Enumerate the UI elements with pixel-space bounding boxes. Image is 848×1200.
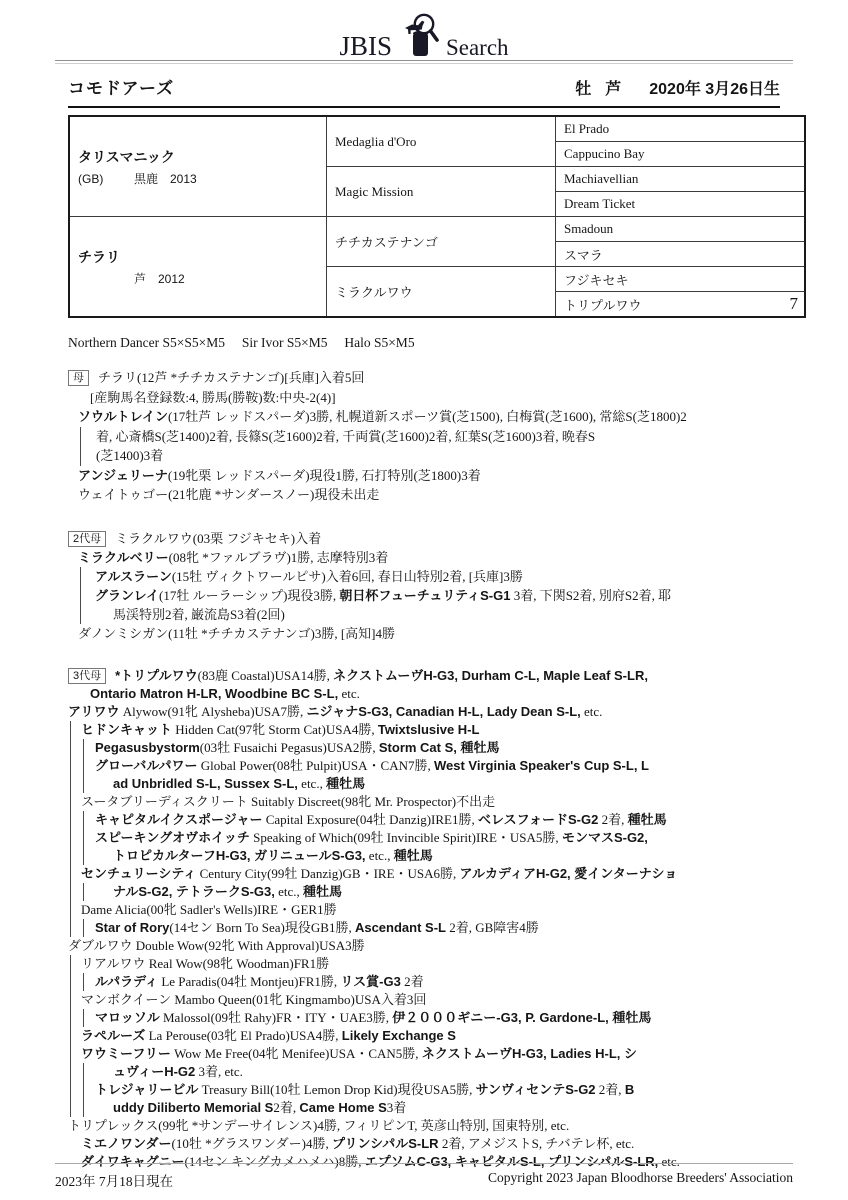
section-mother: 母チラリ(12芦 *チチカステナンゴ)[兵庫]入着5回[産駒馬名登録数:4, 勝…: [68, 368, 780, 505]
tree-connector-bar: [70, 1027, 71, 1045]
text-run: etc.,: [298, 776, 326, 791]
text-run: 馬渓特別2着, 巌流島S3着(2回): [113, 607, 285, 622]
tree-connector-bar: [70, 955, 71, 973]
tree-connector-bar: [83, 1099, 84, 1117]
text-run: Dame Alicia(00牝 Sadler's Wells)IRE・GER1勝: [81, 902, 337, 917]
bold-text-run: サンヴィセンテS-G2: [476, 1082, 596, 1097]
tree-connector-bar: [80, 427, 81, 447]
bold-text-run: Ontario Matron H-LR, Woodbine BC S-L,: [90, 686, 338, 701]
bold-text-run: スピーキングオヴホイッチ: [95, 830, 250, 845]
horse-name: コモドアーズ: [68, 74, 174, 99]
tree-connector-bar: [83, 829, 84, 847]
copyright-text: Copyright 2023 Japan Bloodhorse Breeders…: [488, 1170, 793, 1190]
text-run: (15牡 ヴィクトワールピサ)入着6回, 春日山特別2着, [兵庫]3勝: [172, 569, 523, 584]
granddam-sire-side-cell: Magic Mission: [327, 167, 556, 217]
logo-search-text: Search: [446, 35, 509, 60]
pedigree-line: ミラクルベリー(08牝 *ファルブラヴ)1勝, 志摩特別3着: [68, 548, 780, 567]
tree-connector-bar: [70, 865, 71, 883]
bold-text-run: 朝日杯フューチュリティS-G1: [339, 588, 510, 603]
tree-connector-bar: [83, 1063, 84, 1081]
pedigree-line: ダイワキャグニー(14セン キングカメハメハ)8勝, エプソムC-G3, キャピ…: [68, 1153, 780, 1171]
third-dam-name: トリプルワウ: [564, 295, 641, 314]
pedigree-line: ナルS-G2, テトラークS-G3, etc., 種牡馬: [68, 883, 780, 901]
tree-connector-bar: [83, 1009, 84, 1027]
bold-text-run: ダイワキャグニー: [81, 1154, 184, 1169]
bold-text-run: ニジャナS-G3, Canadian H-L, Lady Dean S-L,: [307, 704, 581, 719]
pedigree-line: グローバルパワー Global Power(08牡 Pulpit)USA・CAN…: [68, 757, 780, 775]
tree-connector-bar: [70, 973, 71, 991]
text-run: 2着, アメジストS, チバテレ杯, etc.: [439, 1136, 635, 1151]
tree-connector-bar: [83, 739, 84, 757]
report-date: 2023年 7月18日現在: [55, 1170, 173, 1190]
text-run: etc.: [581, 704, 603, 719]
text-run: etc.: [338, 686, 360, 701]
tree-connector-bar: [83, 811, 84, 829]
bold-text-run: ソウルトレイン: [78, 409, 168, 424]
bold-text-run: ネクストムーヴH-G3, Ladies H-L, シ: [422, 1046, 637, 1061]
pedigree-line: センチュリーシティ Century City(99牡 Danzig)GB・IRE…: [68, 865, 780, 883]
pedigree-sections: 母チラリ(12芦 *チチカステナンゴ)[兵庫]入着5回[産駒馬名登録数:4, 勝…: [68, 368, 780, 1171]
generation-label: 2代母: [68, 531, 106, 547]
generation-label: 3代母: [68, 668, 106, 684]
text-run: (83鹿 Coastal)USA14勝,: [198, 668, 333, 683]
bold-text-run: ルパラディ: [95, 974, 158, 989]
sire-origin: (GB): [78, 172, 134, 186]
text-run: 2着,: [596, 1082, 625, 1097]
text-run: トリプレックス(99牝 *サンデーサイレンス)4勝, フィリピンT, 英彦山特別…: [68, 1118, 569, 1133]
bold-text-run: アルカディアH-G2, 愛インターナショ: [460, 866, 678, 881]
text-run: Treasury Bill(10牡 Lemon Drop Kid)現役USA5勝…: [198, 1082, 475, 1097]
text-run: ウェイトゥゴー(21牝鹿 *サンダースノー)現役未出走: [78, 487, 379, 502]
pedigree-line: Dame Alicia(00牝 Sadler's Wells)IRE・GER1勝: [68, 901, 780, 919]
sire-coat-year: 黒鹿 2013: [134, 172, 197, 186]
text-run: 2着, GB障害4勝: [446, 920, 539, 935]
bold-text-run: 伊２０００ギニー-G3, P. Gardone-L, 種牡馬: [392, 1010, 651, 1025]
pedigree-line: ワウミーフリー Wow Me Free(04牝 Menifee)USA・CAN5…: [68, 1045, 780, 1063]
pedigree-line: Pegasusbystorm(03牡 Fusaichi Pegasus)USA2…: [68, 739, 780, 757]
bold-text-run: Pegasusbystorm: [95, 740, 200, 755]
pedigree-line: Ontario Matron H-LR, Woodbine BC S-L, et…: [68, 685, 780, 703]
text-run: Le Paradis(04牡 Montjeu)FR1勝,: [158, 974, 340, 989]
dam-coat-year: 芦 2012: [134, 272, 185, 286]
bold-text-run: West Virginia Speaker's Cup S-L, L: [434, 758, 649, 773]
bold-text-run: エプソムC-G3, キャピタルS-L, プリンシパルS-LR,: [365, 1154, 659, 1169]
pedigree-line: ダノンミシガン(11牡 *チチカステナンゴ)3勝, [高知]4勝: [68, 624, 780, 643]
text-run: ダブルワウ Double Wow(92牝 With Approval)USA3勝: [68, 938, 365, 953]
ggparent-cell: フジキセキ: [556, 267, 806, 292]
text-run: 2着,: [273, 1100, 299, 1115]
pedigree-line: アリワウ Alywow(91牝 Alysheba)USA7勝, ニジャナS-G3…: [68, 703, 780, 721]
bold-text-run: B: [625, 1082, 634, 1097]
bold-text-run: キャピタルイクスポージャー: [95, 812, 262, 827]
bold-text-run: ad Unbridled S-L, Sussex S-L,: [113, 776, 298, 791]
pedigree-line: [産駒馬名登録数:4, 勝馬(勝鞍)数:中央-2(4)]: [68, 388, 780, 408]
text-run: Malossol(09牡 Rahy)FR・ITY・UAE3勝,: [160, 1010, 393, 1025]
text-run: 3着: [387, 1100, 407, 1115]
tree-connector-bar: [80, 605, 81, 624]
pedigree-line: ソウルトレイン(17牡芦 レッドスパーダ)3勝, 札幌道新スポーツ賞(芝1500…: [68, 407, 780, 427]
text-run: Global Power(08牡 Pulpit)USA・CAN7勝,: [197, 758, 434, 773]
tree-connector-bar: [70, 901, 71, 919]
bold-text-run: アンジェリーナ: [78, 468, 168, 483]
pedigree-line: マンボクイーン Mambo Queen(01牝 Kingmambo)USA入着3…: [68, 991, 780, 1009]
bold-text-run: グローバルパワー: [95, 758, 197, 773]
inbreeding-line: Northern Dancer S5×S5×M5 Sir Ivor S5×M5 …: [68, 331, 780, 351]
logo-jbis-text: JBIS: [339, 33, 392, 60]
bold-text-run: ュヴィーH-G2: [113, 1064, 195, 1079]
text-run: etc.,: [275, 884, 303, 899]
pedigree-line: グランレイ(17牡 ルーラーシップ)現役3勝, 朝日杯フューチュリティS-G1 …: [68, 586, 780, 605]
horse-profile: 牡 芦 2020年 3月26日生: [575, 76, 780, 99]
pedigree-line: uddy Diliberto Memorial S2着, Came Home S…: [68, 1099, 780, 1117]
header-divider: [55, 60, 793, 64]
bold-text-run: Star of Rory: [95, 920, 169, 935]
sire-cell: タリスマニック (GB)黒鹿 2013: [69, 116, 327, 217]
section-granddam: 2代母ミラクルワウ(03栗 フジキセキ)入着ミラクルベリー(08牝 *ファルブラ…: [68, 529, 780, 643]
pedigree-line: 3代母*トリプルワウ(83鹿 Coastal)USA14勝, ネクストムーヴH-…: [68, 667, 780, 685]
pedigree-line: マロッソル Malossol(09牡 Rahy)FR・ITY・UAE3勝, 伊２…: [68, 1009, 780, 1027]
pedigree-line: キャピタルイクスポージャー Capital Exposure(04牡 Danzi…: [68, 811, 780, 829]
sire-name: タリスマニック: [78, 147, 326, 167]
pedigree-line: ルパラディ Le Paradis(04牡 Montjeu)FR1勝, リス賞-G…: [68, 973, 780, 991]
pedigree-line: ウェイトゥゴー(21牝鹿 *サンダースノー)現役未出走: [68, 485, 780, 505]
text-run: (08牝 *ファルブラヴ)1勝, 志摩特別3着: [169, 550, 389, 565]
pedigree-line: スータブリーディスクリート Suitably Discreet(98牝 Mr. …: [68, 793, 780, 811]
pedigree-line: (芝1400)3着: [68, 446, 780, 466]
ggparent-cell: Machiavellian: [556, 167, 806, 192]
pedigree-line: 馬渓特別2着, 巌流島S3着(2回): [68, 605, 780, 624]
pedigree-line: スピーキングオヴホイッチ Speaking of Which(09牡 Invin…: [68, 829, 780, 847]
dam-cell: チラリ 芦 2012: [69, 217, 327, 318]
tree-connector-bar: [70, 1099, 71, 1117]
text-run: ダノンミシガン(11牡 *チチカステナンゴ)3勝, [高知]4勝: [78, 626, 395, 641]
bold-text-run: Likely Exchange S: [342, 1028, 456, 1043]
pedigree-line: ミエノワンダー(10牡 *グラスワンダー)4勝, プリンシパルS-LR 2着, …: [68, 1135, 780, 1153]
dam-details: 芦 2012: [78, 270, 326, 287]
text-run: (14セン Born To Sea)現役GB1勝,: [169, 920, 355, 935]
text-run: スータブリーディスクリート Suitably Discreet(98牝 Mr. …: [81, 794, 495, 809]
magnifier-horse-icon: [397, 12, 443, 62]
bold-text-run: Twixtslusive H-L: [378, 722, 480, 737]
bold-text-run: トレジャリービル: [95, 1082, 198, 1097]
tree-connector-bar: [70, 919, 71, 937]
title-bar: コモドアーズ 牡 芦 2020年 3月26日生: [68, 74, 780, 108]
bold-text-run: *トリプルワウ: [115, 668, 198, 683]
pedigree-line: ラペルーズ La Perouse(03牝 El Prado)USA4勝, Lik…: [68, 1027, 780, 1045]
pedigree-line: 2代母ミラクルワウ(03栗 フジキセキ)入着: [68, 529, 780, 548]
horse-coat: 芦: [605, 76, 621, 99]
tree-connector-bar: [83, 847, 84, 865]
text-run: (10牡 *グラスワンダー)4勝,: [171, 1136, 332, 1151]
bold-text-run: ベレスフォードS-G2: [478, 812, 598, 827]
text-run: リアルワウ Real Wow(98牝 Woodman)FR1勝: [81, 956, 329, 971]
bold-text-run: ヒドンキャット: [81, 722, 172, 737]
bold-text-run: マロッソル: [95, 1010, 160, 1025]
bold-text-run: Ascendant S-L: [355, 920, 446, 935]
text-run: (03牡 Fusaichi Pegasus)USA2勝,: [200, 740, 379, 755]
pedigree-line: トロピカルターフH-G3, ガリニュールS-G3, etc., 種牡馬: [68, 847, 780, 865]
bold-text-run: アルスラーン: [95, 569, 172, 584]
grandsire-cell: Medaglia d'Oro: [327, 116, 556, 167]
pedigree-line: ュヴィーH-G2 3着, etc.: [68, 1063, 780, 1081]
text-run: チラリ(12芦 *チチカステナンゴ)[兵庫]入着5回: [98, 370, 364, 385]
horse-birthdate: 2020年 3月26日生: [649, 76, 780, 99]
pedigree-report-page: JBIS Search コモドアーズ 牡 芦 2020年 3月26日生 タリスマ…: [0, 0, 848, 1200]
granddam-dam-side-cell: ミラクルワウ: [327, 267, 556, 318]
bold-text-run: ネクストムーヴH-G3, Durham C-L, Maple Leaf S-LR…: [333, 668, 648, 683]
bold-text-run: ワウミーフリー: [81, 1046, 171, 1061]
bold-text-run: トロピカルターフH-G3, ガリニュールS-G3,: [113, 848, 366, 863]
tree-connector-bar: [70, 721, 71, 739]
tree-connector-bar: [70, 793, 71, 811]
pedigree-line: 母チラリ(12芦 *チチカステナンゴ)[兵庫]入着5回: [68, 368, 780, 388]
jbis-search-logo: JBIS Search: [0, 8, 848, 60]
bold-text-run: Came Home S: [299, 1100, 386, 1115]
tree-connector-bar: [83, 919, 84, 937]
bold-text-run: 種牡馬: [628, 812, 667, 827]
tree-connector-bar: [83, 1081, 84, 1099]
text-run: マンボクイーン Mambo Queen(01牝 Kingmambo)USA入着3…: [81, 992, 426, 1007]
footer: 2023年 7月18日現在 Copyright 2023 Japan Blood…: [55, 1170, 793, 1190]
ggparent-cell: Smadoun: [556, 217, 806, 242]
bold-text-run: グランレイ: [95, 588, 159, 603]
ggparent-cell: Cappucino Bay: [556, 142, 806, 167]
text-run: Capital Exposure(04牡 Danzig)IRE1勝,: [262, 812, 478, 827]
bold-text-run: 種牡馬: [326, 776, 365, 791]
tree-connector-bar: [70, 775, 71, 793]
dam-name: チラリ: [78, 247, 326, 267]
damsire-cell: チチカステナンゴ: [327, 217, 556, 267]
text-run: 3着, 下関S2着, 別府S2着, 耶: [510, 588, 671, 603]
text-run: [産駒馬名登録数:4, 勝馬(勝鞍)数:中央-2(4)]: [90, 390, 336, 405]
bold-text-run: uddy Diliberto Memorial S: [113, 1100, 273, 1115]
pedigree-line: トリプレックス(99牝 *サンデーサイレンス)4勝, フィリピンT, 英彦山特別…: [68, 1117, 780, 1135]
bold-text-run: 種牡馬: [394, 848, 433, 863]
text-run: etc.,: [366, 848, 394, 863]
tree-connector-bar: [70, 1009, 71, 1027]
text-run: 2着,: [598, 812, 627, 827]
bold-text-run: Storm Cat S, 種牡馬: [379, 740, 500, 755]
bold-text-run: ナルS-G2, テトラークS-G3,: [113, 884, 275, 899]
horse-sex: 牡: [575, 76, 591, 99]
text-run: (17牡 ルーラーシップ)現役3勝,: [159, 588, 339, 603]
tree-connector-bar: [83, 757, 84, 775]
text-run: Alywow(91牝 Alysheba)USA7勝,: [119, 704, 306, 719]
third-dam-cell: トリプルワウ 7: [556, 292, 806, 318]
pedigree-line: 着, 心斎橋S(芝1400)2着, 長篠S(芝1600)2着, 千両賞(芝160…: [68, 427, 780, 447]
pedigree-table: タリスマニック (GB)黒鹿 2013 Medaglia d'Oro El Pr…: [68, 115, 806, 318]
text-run: La Perouse(03牝 El Prado)USA4勝,: [145, 1028, 341, 1043]
tree-connector-bar: [70, 811, 71, 829]
section-third_dam: 3代母*トリプルワウ(83鹿 Coastal)USA14勝, ネクストムーヴH-…: [68, 667, 780, 1171]
text-run: ミラクルワウ(03栗 フジキセキ)入着: [115, 531, 321, 546]
bold-text-run: モンマスS-G2,: [562, 830, 648, 845]
text-run: 2着: [401, 974, 424, 989]
tree-connector-bar: [70, 847, 71, 865]
tree-connector-bar: [70, 1045, 71, 1063]
pedigree-line: リアルワウ Real Wow(98牝 Woodman)FR1勝: [68, 955, 780, 973]
text-run: 3着, etc.: [195, 1064, 243, 1079]
pedigree-line: アンジェリーナ(19牝栗 レッドスパーダ)現役1勝, 石打特別(芝1800)3着: [68, 466, 780, 486]
pedigree-line: ダブルワウ Double Wow(92牝 With Approval)USA3勝: [68, 937, 780, 955]
tree-connector-bar: [70, 739, 71, 757]
bold-text-run: センチュリーシティ: [81, 866, 196, 881]
text-run: (19牝栗 レッドスパーダ)現役1勝, 石打特別(芝1800)3着: [168, 468, 481, 483]
tree-connector-bar: [70, 829, 71, 847]
ggparent-cell: Dream Ticket: [556, 192, 806, 217]
tree-connector-bar: [70, 1063, 71, 1081]
pedigree-line: ヒドンキャット Hidden Cat(97牝 Storm Cat)USA4勝, …: [68, 721, 780, 739]
ggparent-cell: El Prado: [556, 116, 806, 142]
bold-text-run: リス賞-G3: [340, 974, 400, 989]
generation-label: 母: [68, 370, 89, 386]
tree-connector-bar: [70, 883, 71, 901]
tree-connector-bar: [83, 775, 84, 793]
sire-details: (GB)黒鹿 2013: [78, 170, 326, 187]
text-run: 着, 心斎橋S(芝1400)2着, 長篠S(芝1600)2着, 千両賞(芝160…: [96, 429, 595, 444]
bold-text-run: ミラクルベリー: [78, 550, 169, 565]
bold-text-run: ミエノワンダー: [81, 1136, 171, 1151]
footer-divider: [55, 1163, 793, 1164]
tree-connector-bar: [70, 757, 71, 775]
bold-text-run: 種牡馬: [303, 884, 342, 899]
pedigree-line: Star of Rory(14セン Born To Sea)現役GB1勝, As…: [68, 919, 780, 937]
text-run: Century City(99牡 Danzig)GB・IRE・USA6勝,: [196, 866, 459, 881]
tree-connector-bar: [80, 567, 81, 586]
ggparent-cell: スマラ: [556, 242, 806, 267]
text-run: Speaking of Which(09牡 Invincible Spirit)…: [250, 830, 562, 845]
pedigree-line: ad Unbridled S-L, Sussex S-L, etc., 種牡馬: [68, 775, 780, 793]
text-run: (14セン キングカメハメハ)8勝,: [184, 1154, 364, 1169]
tree-connector-bar: [80, 586, 81, 605]
bold-text-run: ラペルーズ: [81, 1028, 145, 1043]
tree-connector-bar: [70, 1081, 71, 1099]
tree-connector-bar: [70, 991, 71, 1009]
tree-connector-bar: [80, 446, 81, 466]
tree-connector-bar: [83, 973, 84, 991]
pedigree-line: アルスラーン(15牡 ヴィクトワールピサ)入着6回, 春日山特別2着, [兵庫]…: [68, 567, 780, 586]
tree-connector-bar: [83, 883, 84, 901]
bold-text-run: プリンシパルS-LR: [332, 1136, 439, 1151]
report-content: コモドアーズ 牡 芦 2020年 3月26日生 タリスマニック (GB)黒鹿 2…: [68, 74, 780, 1171]
pedigree-line: トレジャリービル Treasury Bill(10牡 Lemon Drop Ki…: [68, 1081, 780, 1099]
text-run: Wow Me Free(04牝 Menifee)USA・CAN5勝,: [171, 1046, 422, 1061]
text-run: Hidden Cat(97牝 Storm Cat)USA4勝,: [172, 722, 378, 737]
bold-text-run: アリワウ: [68, 704, 119, 719]
text-run: (芝1400)3着: [96, 448, 163, 463]
text-run: etc.: [658, 1154, 680, 1169]
family-number: 7: [790, 294, 799, 314]
text-run: (17牡芦 レッドスパーダ)3勝, 札幌道新スポーツ賞(芝1500), 白梅賞(…: [168, 409, 687, 424]
